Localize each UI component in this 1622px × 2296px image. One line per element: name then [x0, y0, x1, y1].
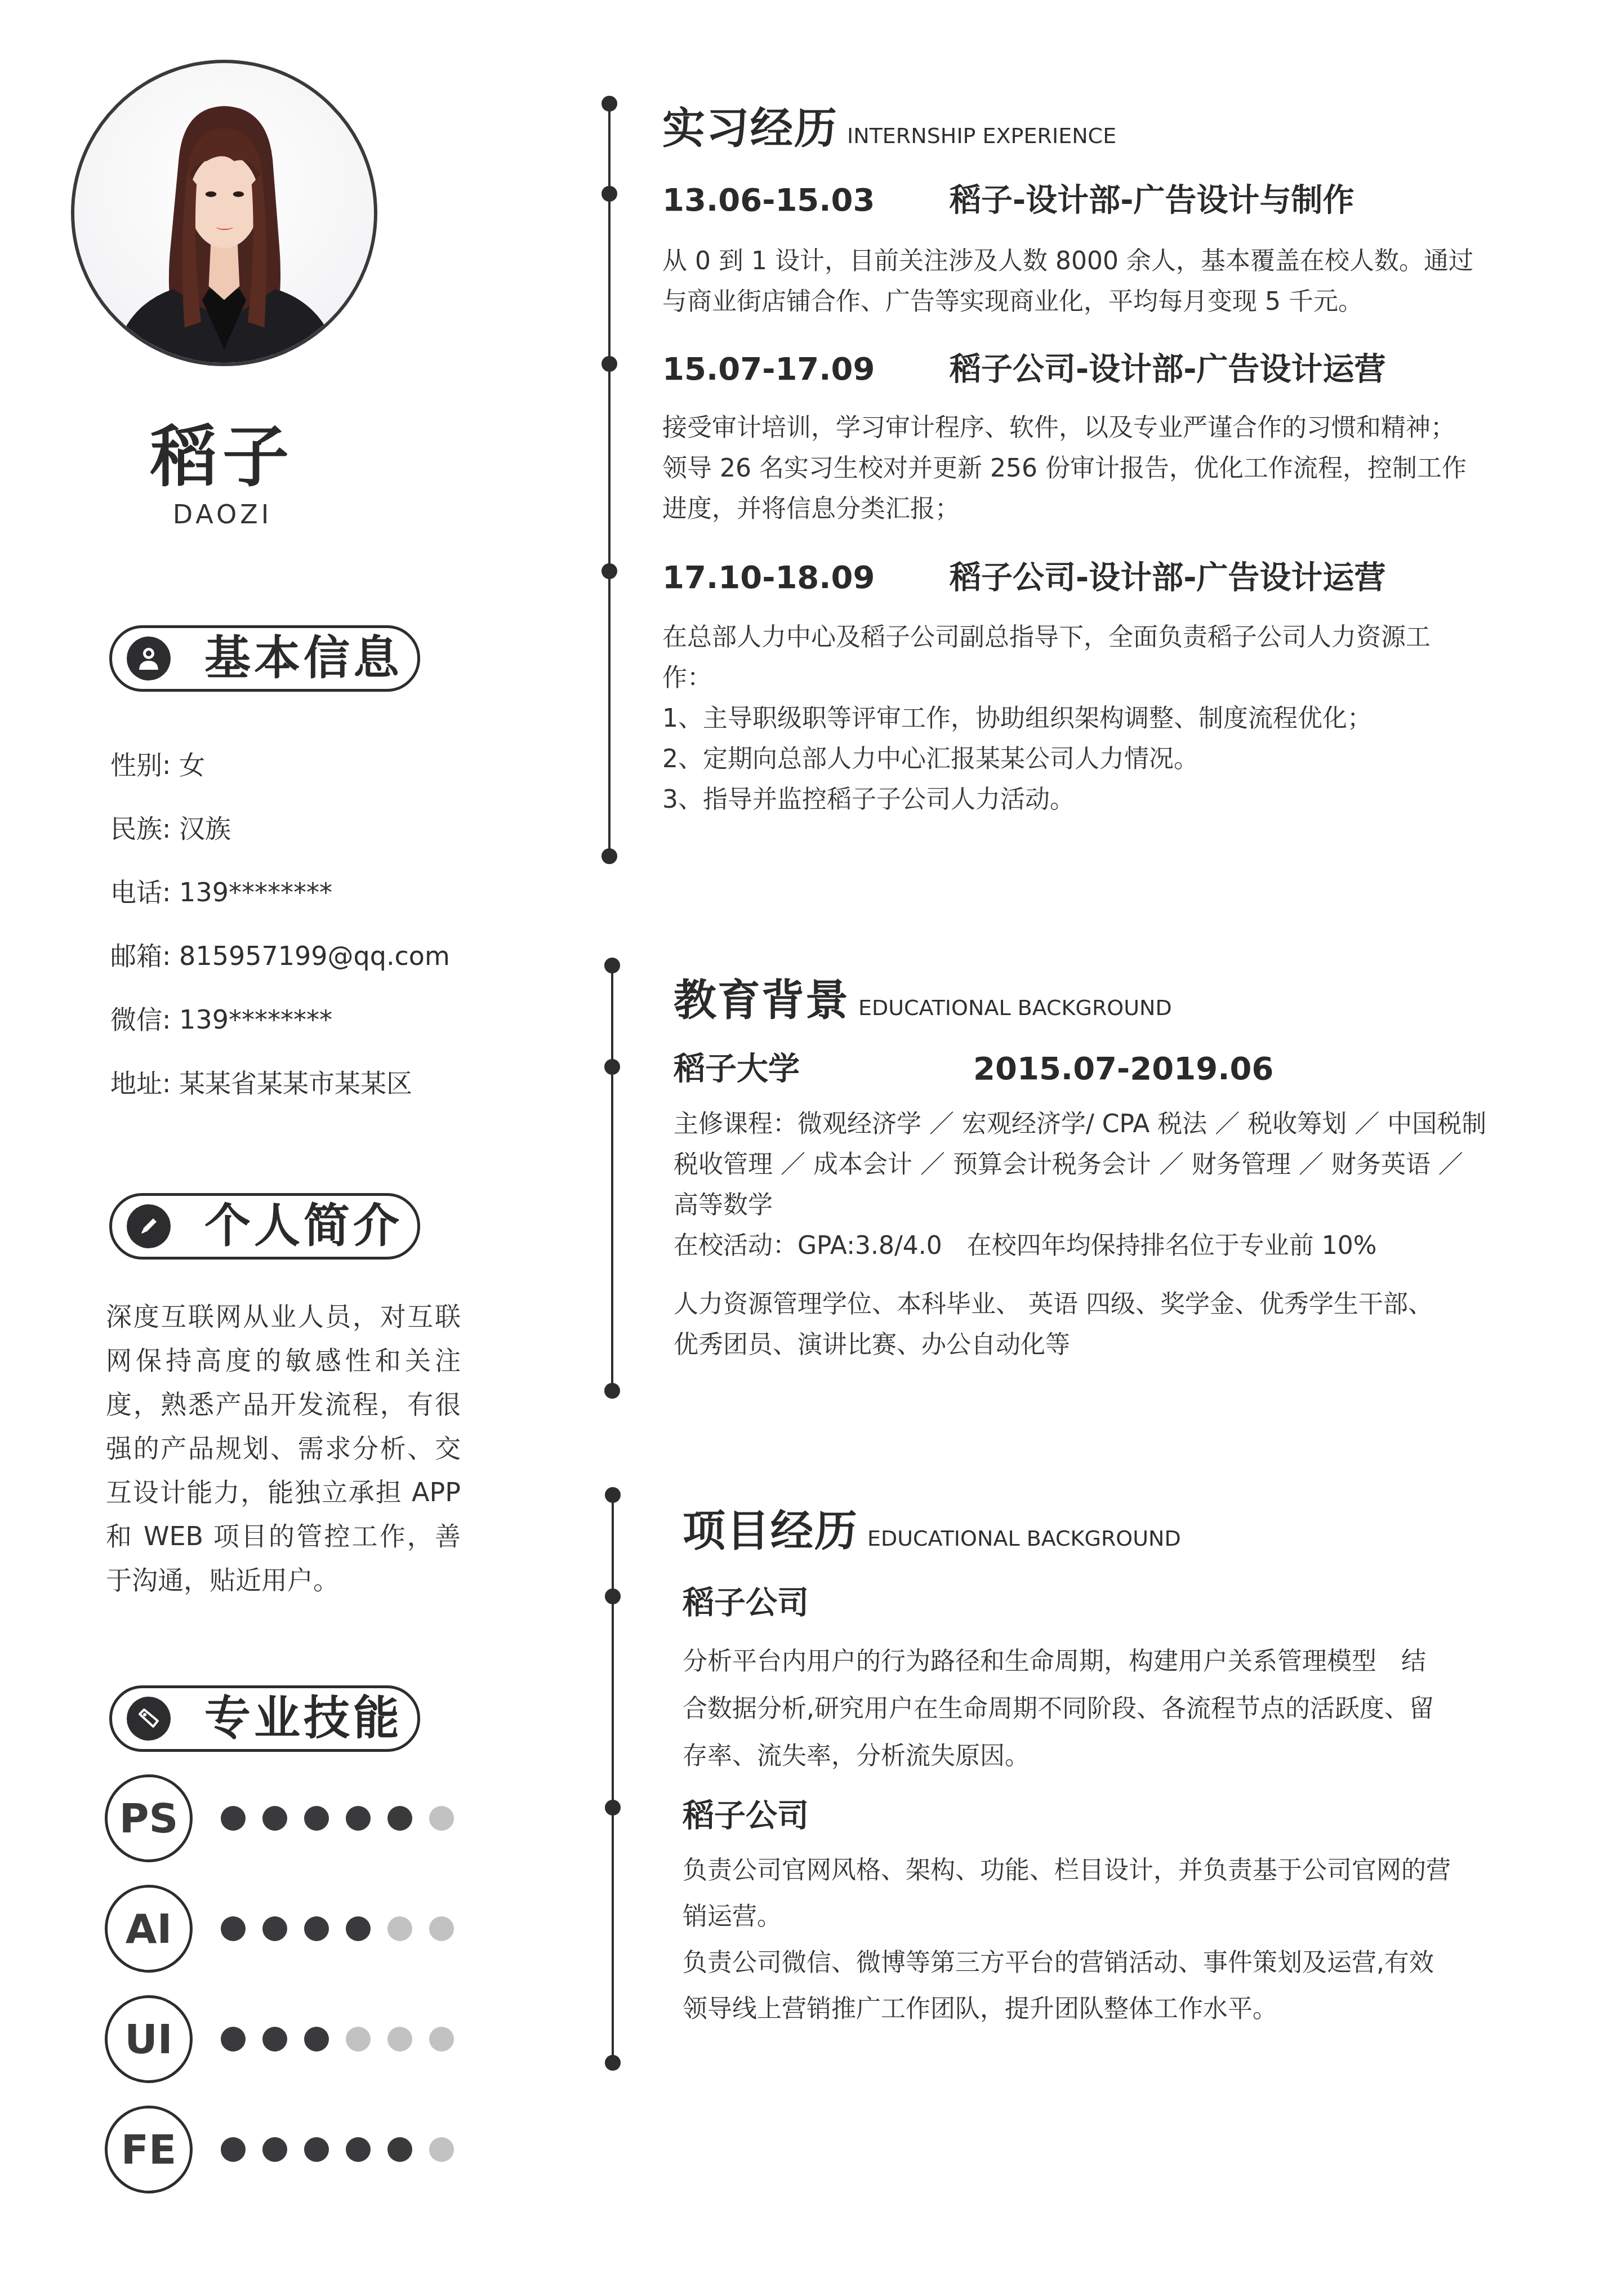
section-badge-skills: 专业技能 [109, 1685, 420, 1752]
internship-entry-description: 从 0 到 1 设计，目前关注涉及人数 8000 余人，基本覆盖在校人数。通过 … [662, 241, 1473, 322]
timeline-dot [605, 2055, 621, 2071]
internship-entry-description: 在总部人力中心及稻子公司副总指导下，全面负责稻子公司人力资源工 作： 1、主导职… [662, 617, 1431, 820]
rating-dot-filled [346, 1806, 371, 1831]
description-line: 从 0 到 1 设计，目前关注涉及人数 8000 余人，基本覆盖在校人数。通过 [662, 241, 1473, 282]
description-line: 作： [662, 658, 1431, 698]
timeline-dot [601, 186, 617, 202]
description-line: 进度，并将信息分类汇报； [662, 489, 1467, 529]
project-description: 分析平台内用户的行为路径和生命周期，构建用户关系管理模型 结 合数据分析,研究用… [683, 1638, 1434, 1780]
basic-info-list: 性别: 女 民族: 汉族 电话: 139******** 邮箱: 8159571… [110, 733, 450, 1115]
info-gender: 性别: 女 [110, 733, 450, 797]
education-honors: 人力资源管理学位、本科毕业、 英语 四级、奖学金、优秀学生干部、 优秀团员、演讲… [674, 1284, 1433, 1365]
rating-dot-filled [304, 2137, 329, 2162]
timeline-dot [605, 1487, 621, 1503]
avatar [71, 60, 377, 366]
section-subtitle-internship: INTERNSHIP EXPERIENCE [847, 125, 1116, 146]
entry-date: 17.10-18.09 [662, 562, 875, 594]
honor-line: 优秀团员、演讲比赛、办公自动化等 [674, 1325, 1433, 1365]
school-name: 稻子大学 [674, 1053, 800, 1085]
rating-dot-filled [262, 2137, 287, 2162]
rating-dot-filled [387, 1806, 412, 1831]
rating-dot-filled [262, 2027, 287, 2052]
pencil-icon [127, 1204, 171, 1248]
timeline-dot [605, 1800, 621, 1816]
rating-dot-filled [262, 1806, 287, 1831]
info-wechat: 微信: 139******** [110, 988, 450, 1052]
entry-date: 13.06-15.03 [662, 185, 875, 216]
timeline-dot [601, 563, 617, 579]
skill-row-ps: PS [105, 1763, 454, 1874]
section-header-projects: 项目经历 EDUCATIONAL BACKGROUND [683, 1510, 1181, 1552]
description-line: 领导 26 名实习生校对并更新 256 份审计报告，优化工作流程，控制工作 [662, 448, 1467, 489]
project-entry-header: 稻子公司 [683, 1587, 809, 1619]
description-line: 负责公司微信、微博等第三方平台的营销活动、事件策划及运营,有效 [683, 1940, 1451, 1986]
rating-dot-filled [221, 2137, 246, 2162]
project-title: 稻子公司 [683, 1587, 809, 1619]
timeline-dot [601, 848, 617, 864]
internship-entry-header: 17.10-18.09 稻子公司-设计部-广告设计运营 [662, 562, 875, 594]
section-title-skills: 专业技能 [204, 1696, 403, 1742]
section-subtitle-education: EDUCATIONAL BACKGROUND [858, 997, 1172, 1018]
rating-dot-empty [429, 2137, 454, 2162]
info-ethnicity: 民族: 汉族 [110, 797, 450, 861]
timeline-dot [604, 1383, 620, 1399]
info-address: 地址: 某某省某某市某某区 [110, 1052, 450, 1115]
section-title-projects: 项目经历 [683, 1510, 858, 1552]
skill-rating [221, 2137, 454, 2162]
description-line: 2、定期向总部人力中心汇报某某公司人力情况。 [662, 739, 1431, 780]
timeline-dot [605, 1588, 621, 1604]
section-header-internship: 实习经历 INTERNSHIP EXPERIENCE [662, 107, 1116, 150]
timeline-projects [612, 1493, 614, 2062]
rating-dot-empty [429, 1916, 454, 1941]
info-email: 邮箱: 815957199@qq.com [110, 924, 450, 988]
section-title-intro: 个人简介 [204, 1203, 403, 1249]
description-line: 负责公司官网风格、架构、功能、栏目设计，并负责基于公司官网的营 [683, 1848, 1451, 1894]
timeline-dot [604, 958, 620, 973]
entry-date: 15.07-17.09 [662, 354, 875, 385]
course-line: 高等数学 [674, 1185, 1486, 1226]
rating-dot-empty [429, 1806, 454, 1831]
timeline-education [611, 963, 613, 1391]
description-line: 存率、流失率，分析流失原因。 [683, 1733, 1434, 1780]
education-courses: 主修课程：微观经济学 ／ 宏观经济学/ CPA 税法 ／ 税收筹划 ／ 中国税制… [674, 1104, 1486, 1266]
skill-label: AI [105, 1885, 193, 1973]
description-line: 1、主导职级职等评审工作，协助组织架构调整、制度流程优化； [662, 698, 1431, 739]
internship-entry-header: 15.07-17.09 稻子公司-设计部-广告设计运营 [662, 354, 875, 385]
description-line: 与商业街店铺合作、广告等实现商业化，平均每月变现 5 千元。 [662, 282, 1473, 322]
skill-rating [221, 1806, 454, 1831]
internship-entry-description: 接受审计培训，学习审计程序、软件，以及专业严谨合作的习惯和精神； 领导 26 名… [662, 408, 1467, 529]
description-line: 3、指导并监控稻子子公司人力活动。 [662, 780, 1431, 820]
section-subtitle-projects: EDUCATIONAL BACKGROUND [867, 1528, 1181, 1549]
entry-title: 稻子-设计部-广告设计与制作 [950, 185, 1354, 216]
rating-dot-filled [346, 2137, 371, 2162]
rating-dot-filled [221, 2027, 246, 2052]
timeline-dot [601, 356, 617, 372]
section-badge-basic-info: 基本信息 [109, 625, 420, 692]
section-title-internship: 实习经历 [662, 107, 838, 150]
rating-dot-filled [262, 1916, 287, 1941]
portrait-photo [74, 63, 374, 363]
name-chinese: 稻子 [0, 424, 445, 490]
section-title-basic-info: 基本信息 [204, 635, 403, 682]
rating-dot-filled [304, 2027, 329, 2052]
description-line: 分析平台内用户的行为路径和生命周期，构建用户关系管理模型 结 [683, 1638, 1434, 1685]
internship-entry-header: 13.06-15.03 稻子-设计部-广告设计与制作 [662, 185, 875, 216]
rating-dot-filled [304, 1806, 329, 1831]
rating-dot-empty [387, 2027, 412, 2052]
project-title: 稻子公司 [683, 1800, 809, 1832]
description-line: 销运营。 [683, 1894, 1451, 1940]
project-description: 负责公司官网风格、架构、功能、栏目设计，并负责基于公司官网的营 销运营。 负责公… [683, 1848, 1451, 2032]
name-english: DAOZI [0, 501, 445, 527]
description-line: 合数据分析,研究用户在生命周期不同阶段、各流程节点的活跃度、留 [683, 1685, 1434, 1733]
description-line: 领导线上营销推广工作团队，提升团队整体工作水平。 [683, 1986, 1451, 2032]
entry-title: 稻子公司-设计部-广告设计运营 [950, 562, 1385, 594]
rating-dot-filled [221, 1916, 246, 1941]
rating-dot-filled [346, 1916, 371, 1941]
rating-dot-empty [387, 1916, 412, 1941]
skill-row-ai: AI [105, 1874, 454, 1984]
honor-line: 人力资源管理学位、本科毕业、 英语 四级、奖学金、优秀学生干部、 [674, 1284, 1433, 1325]
course-line: 税收管理 ／ 成本会计 ／ 预算会计税务会计 ／ 财务管理 ／ 财务英语 ／ [674, 1145, 1486, 1185]
rating-dot-filled [221, 1806, 246, 1831]
course-line: 主修课程：微观经济学 ／ 宏观经济学/ CPA 税法 ／ 税收筹划 ／ 中国税制 [674, 1104, 1486, 1145]
timeline-dot [604, 1059, 620, 1075]
user-icon [127, 637, 171, 680]
skills-list: PS AI UI FE [105, 1763, 454, 2205]
project-entry-header: 稻子公司 [683, 1800, 809, 1832]
entry-title: 稻子公司-设计部-广告设计运营 [950, 354, 1385, 385]
skill-label: PS [105, 1774, 193, 1862]
tag-icon [127, 1697, 171, 1741]
section-header-education: 教育背景 EDUCATIONAL BACKGROUND [674, 979, 1172, 1022]
education-period: 2015.07-2019.06 [973, 1053, 1273, 1085]
skill-label: FE [105, 2106, 193, 2193]
education-entry-header: 稻子大学 2015.07-2019.06 [674, 1053, 800, 1085]
activity-line: 在校活动：GPA:3.8/4.0 在校四年均保持排名位于专业前 10% [674, 1226, 1486, 1266]
section-title-education: 教育背景 [674, 979, 849, 1022]
info-phone: 电话: 139******** [110, 861, 450, 924]
rating-dot-empty [346, 2027, 371, 2052]
skill-rating [221, 2027, 454, 2052]
description-line: 在总部人力中心及稻子公司副总指导下，全面负责稻子公司人力资源工 [662, 617, 1431, 658]
skill-row-fe: FE [105, 2094, 454, 2205]
intro-text: 深度互联网从业人员，对互联网保持高度的敏感性和关注度，熟悉产品开发流程，有很强的… [106, 1294, 461, 1602]
rating-dot-empty [429, 2027, 454, 2052]
timeline-internship [608, 101, 611, 856]
skill-rating [221, 1916, 454, 1941]
rating-dot-filled [387, 2137, 412, 2162]
timeline-dot [601, 96, 617, 112]
section-badge-intro: 个人简介 [109, 1193, 420, 1260]
description-line: 接受审计培训，学习审计程序、软件，以及专业严谨合作的习惯和精神； [662, 408, 1467, 448]
skill-label: UI [105, 1995, 193, 2083]
rating-dot-filled [304, 1916, 329, 1941]
skill-row-ui: UI [105, 1984, 454, 2094]
